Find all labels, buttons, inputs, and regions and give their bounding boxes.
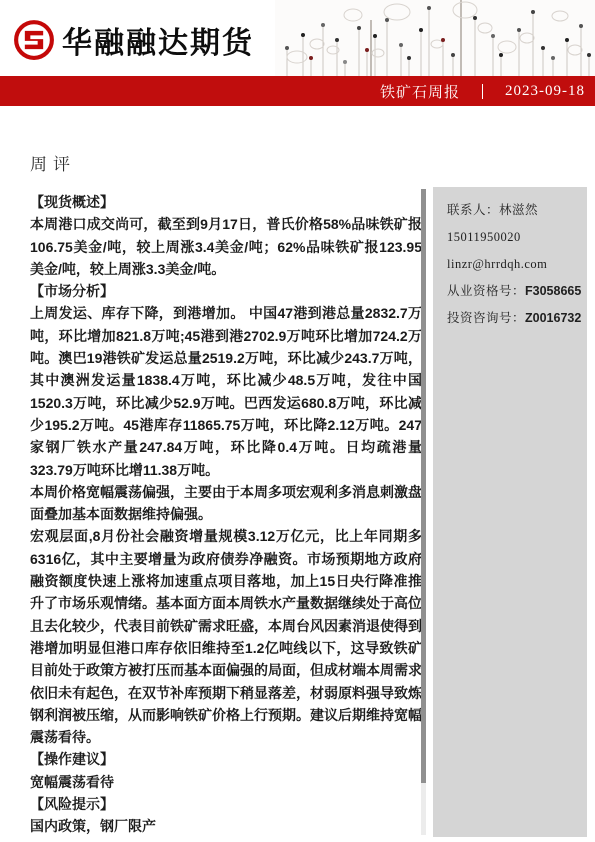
section-label-risk-warning: 【风险提示】: [30, 793, 422, 815]
vertical-rule-thumb: [421, 189, 426, 783]
paragraph-operation-advice: 宽幅震荡看待: [30, 771, 422, 793]
paragraph-market-analysis-1: 上周发运、库存下降，到港增加。 中国47港到港总量2832.7万吨，环比增加82…: [30, 302, 422, 480]
report-title: 铁矿石周报: [380, 81, 460, 102]
header: 华融融达期货: [0, 0, 595, 76]
section-label-operation-advice: 【操作建议】: [30, 748, 422, 770]
paragraph-market-analysis-2: 本周价格宽幅震荡偏强，主要由于本周多项宏观利多消息刺激盘面叠加基本面数据维持偏强…: [30, 481, 422, 526]
paragraph-risk-warning: 国内政策，钢厂限产: [30, 815, 422, 837]
paragraph-spot-overview: 本周港口成交尚可，截至到9月17日，普氏价格58%品味铁矿报106.75美金/吨…: [30, 213, 422, 280]
vertical-rule-track: [421, 783, 426, 835]
qualification-label: 从业资格号：: [447, 284, 525, 298]
advisory-label: 投资咨询号：: [447, 311, 525, 325]
section-label-market-analysis: 【市场分析】: [30, 280, 422, 302]
huarong-logo-icon: [12, 18, 56, 62]
qualification-value: F3058665: [525, 284, 581, 298]
company-logo: 华融融达期货: [12, 18, 254, 62]
paragraph-market-analysis-3: 宏观层面,8月份社会融资增量规模3.12万亿元，比上年同期多6316亿，其中主要…: [30, 525, 422, 748]
contact-person: 联系人：林滋然: [447, 197, 579, 224]
contact-phone: 15011950020: [447, 224, 579, 251]
advisory-value: Z0016732: [525, 311, 581, 325]
title-banner: 铁矿石周报 2023-09-18: [0, 76, 595, 106]
report-date: 2023-09-18: [505, 83, 585, 100]
contact-email: linzr@hrrdqh.com: [447, 251, 579, 278]
company-name: 华融融达期货: [62, 18, 254, 62]
section-label-spot-overview: 【现货概述】: [30, 191, 422, 213]
banner-divider-icon: [482, 84, 483, 99]
weekly-review-body: 【现货概述】 本周港口成交尚可，截至到9月17日，普氏价格58%品味铁矿报106…: [30, 191, 422, 838]
page-title: 周评: [30, 150, 76, 175]
advisory-number: 投资咨询号：Z0016732: [447, 305, 579, 332]
report-page: 华融融达期货 铁矿石周报 2023-09-18 周评 【现货概述】 本周港口成交…: [0, 0, 595, 842]
contact-sidebar: 联系人：林滋然 15011950020 linzr@hrrdqh.com 从业资…: [433, 187, 587, 837]
qualification-number: 从业资格号：F3058665: [447, 278, 579, 305]
